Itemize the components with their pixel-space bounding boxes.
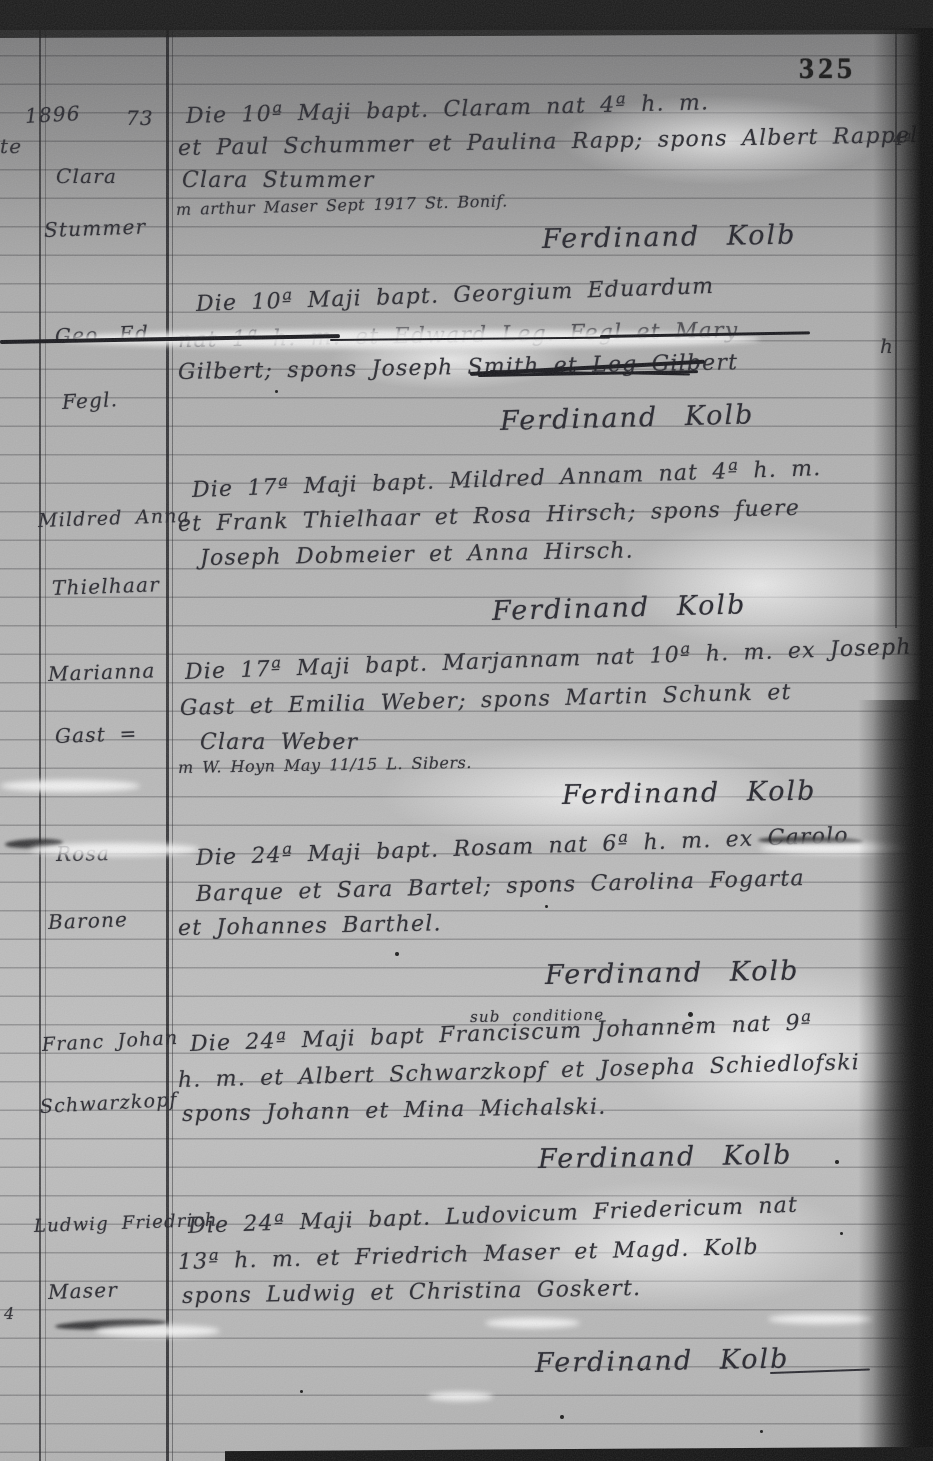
scan-edge-right-lower xyxy=(858,700,933,1461)
entry6-margin-name-2: Schwarzkopf xyxy=(40,1091,179,1117)
ink-speck xyxy=(560,1415,564,1419)
margin-rule-outer xyxy=(39,28,41,1461)
entry1-year: 1896 xyxy=(24,103,81,126)
entry7-signature: Ferdinand Kolb xyxy=(535,1346,790,1377)
whiteout-smear xyxy=(30,843,200,856)
ink-speck xyxy=(760,1430,763,1433)
entry6-body-line2: h. m. et Albert Schwarzkopf et Josepha S… xyxy=(178,1052,861,1092)
entry7-margin-name-2: Maser xyxy=(48,1280,119,1302)
entry1-body-line3: Clara Stummer xyxy=(182,170,375,192)
entry1-body-line2: et Paul Schummer et Paulina Rapp; spons … xyxy=(178,125,919,160)
entry4-signature: Ferdinand Kolb xyxy=(562,778,817,809)
entry2-body-line3: Gilbert; spons Joseph Smith et Leg Gilbe… xyxy=(178,352,739,384)
register-page-scan: 325 te 4ª h 4 1896 73 Clara Stummer Die … xyxy=(0,0,933,1461)
edge-fragment-left-bottom: 4 xyxy=(4,1306,15,1322)
entry5-body-line3: et Johannes Barthel. xyxy=(178,913,442,940)
entry1-note: m arthur Maser Sept 1917 St. Bonif. xyxy=(176,193,508,218)
entry3-margin-name-1: Mildred Anna xyxy=(38,507,191,531)
entry2-margin-name-2: Fegl. xyxy=(61,389,118,412)
entry7-body-line3: spons Ludwig et Christina Goskert. xyxy=(182,1278,642,1308)
scan-edge-bottom xyxy=(225,1447,933,1461)
entry2-signature: Ferdinand Kolb xyxy=(500,401,755,435)
entry5-body-line1: Die 24ª Maji bapt. Rosam nat 6ª h. m. ex… xyxy=(196,825,850,870)
entry2-body-line1: Die 10ª Maji bapt. Georgium Eduardum xyxy=(196,276,715,316)
ink-speck xyxy=(835,1160,839,1164)
entry1-margin-name-2: Stummer xyxy=(44,216,147,240)
entry6-margin-name-1: Franc Johan xyxy=(42,1029,179,1055)
ink-speck xyxy=(640,1368,643,1371)
entry4-body-line1: Die 17ª Maji bapt. Marjannam nat 10ª h. … xyxy=(185,637,912,684)
whiteout-smear xyxy=(95,1325,220,1337)
entry1-margin-name-1: Clara xyxy=(56,166,117,186)
entry4-margin-name-1: Marianna xyxy=(48,660,156,684)
entry4-note: m W. Hoyn May 11/15 L. Sibers. xyxy=(178,755,472,776)
ink-speck xyxy=(300,1390,303,1393)
entry3-signature: Ferdinand Kolb xyxy=(492,591,747,625)
entry6-signature: Ferdinand Kolb xyxy=(538,1142,793,1173)
ink-speck xyxy=(840,1232,843,1235)
entry7-body-line2: 13ª h. m. et Friedrich Maser et Magd. Ko… xyxy=(178,1237,759,1274)
ink-speck xyxy=(688,1012,693,1017)
entry4-body-line2: Gast et Emilia Weber; spons Martin Schun… xyxy=(180,682,792,720)
entry6-body-line3: spons Johann et Mina Michalski. xyxy=(182,1097,607,1126)
entry5-body-line2: Barque et Sara Bartel; spons Carolina Fo… xyxy=(196,868,805,906)
page-number: 325 xyxy=(799,52,856,86)
entry4-margin-name-2: Gast = xyxy=(55,723,138,746)
entry1-number: 73 xyxy=(126,108,154,128)
ink-speck xyxy=(545,905,548,908)
entry3-margin-name-2: Thielhaar xyxy=(52,574,161,598)
entry1-body-line1: Die 10ª Maji bapt. Claram nat 4ª h. m. xyxy=(186,92,710,128)
entry3-body-line1: Die 17ª Maji bapt. Mildred Annam nat 4ª … xyxy=(192,458,822,502)
whiteout-smear xyxy=(485,1318,580,1328)
entry5-margin-name-2: Barone xyxy=(48,909,129,932)
entry4-body-line3: Clara Weber xyxy=(200,732,358,754)
entry1-signature: Ferdinand Kolb xyxy=(542,222,797,253)
entry5-signature: Ferdinand Kolb xyxy=(545,958,800,989)
ink-speck xyxy=(395,952,399,956)
entry3-body-line2: et Frank Thielhaar et Rosa Hirsch; spons… xyxy=(178,498,801,536)
whiteout-smear xyxy=(428,1392,493,1401)
whiteout-smear xyxy=(0,780,140,792)
entry7-body-line1: Die 24ª Maji bapt. Ludovicum Friedericum… xyxy=(188,1195,799,1238)
scan-highlight xyxy=(620,520,900,650)
column-divider-rule xyxy=(166,28,169,1461)
entry3-body-line3: Joseph Dobmeier et Anna Hirsch. xyxy=(200,540,634,570)
column-divider-rule-2 xyxy=(172,28,173,1461)
ink-speck xyxy=(275,390,278,393)
edge-fragment-left-top: te xyxy=(0,136,22,156)
margin-rule-outer-2 xyxy=(45,28,46,1461)
